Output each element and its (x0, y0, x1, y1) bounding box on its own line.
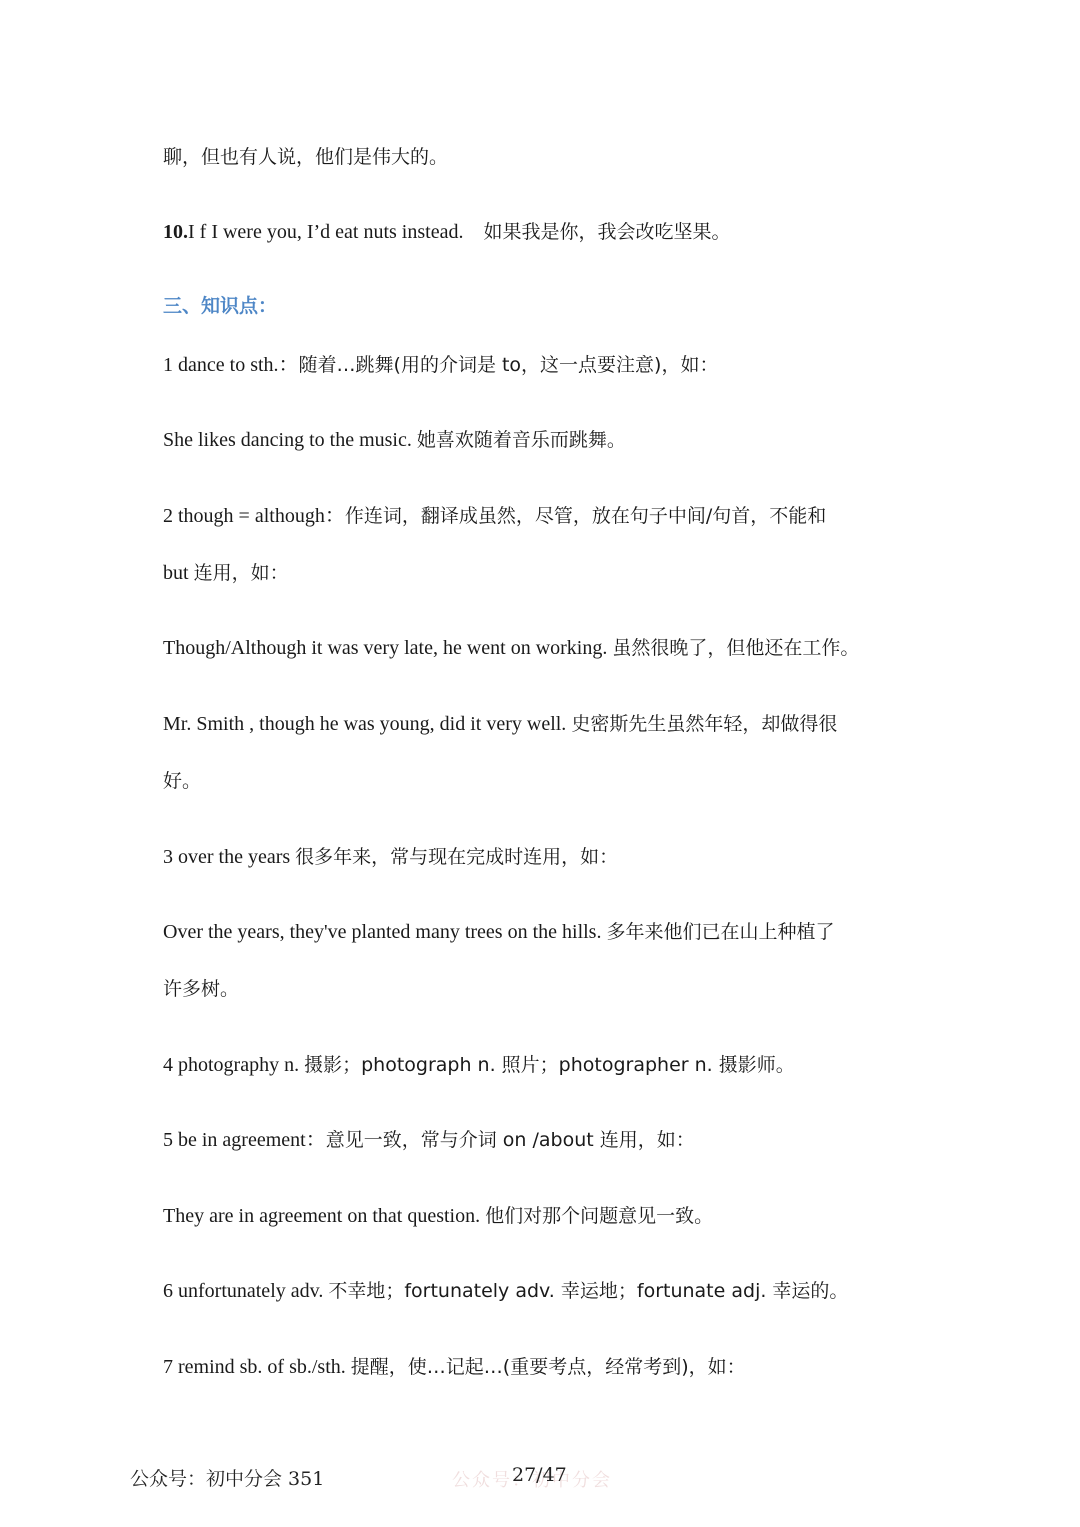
footer-account: 公众号：初中分会 351 (130, 1464, 324, 1491)
point-7: 7 remind sb. of sb./sth. 提醒，使…记起…(重要考点，经… (163, 1357, 746, 1377)
en-text: I f I were you, I’d eat nuts instead. (188, 221, 463, 243)
cn-text: 他们对那个问题意见一致。 (485, 1205, 713, 1227)
cn-text: 连用，如： (194, 562, 289, 584)
cn-text: 虽然很晚了，但他还在工作。 (612, 637, 859, 659)
example-line-cont: 许多树。 (163, 979, 239, 999)
text-line: 聊，但也有人说，他们是伟大的。 (163, 147, 448, 167)
cn-text: 提醒，使…记起…(重要考点，经常考到)，如： (351, 1356, 746, 1378)
en-text: 3 over the years (163, 846, 295, 868)
cn-text: 摄影；photograph n. 照片；photographer n. 摄影师。 (304, 1054, 795, 1076)
en-text: They are in agreement on that question. (163, 1205, 485, 1227)
item-number: 10. (163, 221, 188, 243)
en-text: 6 unfortunately adv. (163, 1280, 328, 1302)
point-5: 5 be in agreement：意见一致，常与介词 on /about 连用… (163, 1130, 695, 1150)
example-line: They are in agreement on that question. … (163, 1206, 713, 1226)
cn-text: 意见一致，常与介词 on /about 连用，如： (326, 1129, 695, 1151)
point-2-cont: but 连用，如： (163, 563, 289, 583)
cn-text: 作连词，翻译成虽然，尽管，放在句子中间/句首，不能和 (345, 505, 826, 527)
cn-text: 聊，但也有人说，他们是伟大的。 (163, 146, 448, 168)
page-number: 27/47 (512, 1464, 567, 1486)
en-text: 4 photography n. (163, 1054, 304, 1076)
cn-text: 很多年来，常与现在完成时连用，如： (295, 846, 618, 868)
cn-text: 不幸地；fortunately adv. 幸运地；fortunate adj. … (328, 1280, 848, 1302)
en-text: Over the years, they've planted many tre… (163, 921, 606, 943)
point-1: 1 dance to sth.：随着…跳舞(用的介词是 to，这一点要注意)，如… (163, 355, 718, 375)
cn-text: 多年来他们已在山上种植了 (606, 921, 834, 943)
en-text: Mr. Smith , though he was young, did it … (163, 713, 571, 735)
en-text: She likes dancing to the music. (163, 429, 417, 451)
example-line: Over the years, they've planted many tre… (163, 922, 834, 942)
sentence-10: 10.I f I were you, I’d eat nuts instead.… (163, 222, 730, 242)
cn-text: 如果我是你，我会改吃坚果。 (483, 221, 730, 243)
point-2: 2 though = although：作连词，翻译成虽然，尽管，放在句子中间/… (163, 506, 826, 526)
en-text: 5 be in agreement： (163, 1129, 326, 1151)
example-line: Though/Although it was very late, he wen… (163, 638, 859, 658)
point-3: 3 over the years 很多年来，常与现在完成时连用，如： (163, 847, 618, 867)
point-6: 6 unfortunately adv. 不幸地；fortunately adv… (163, 1281, 848, 1301)
en-text: 7 remind sb. of sb./sth. (163, 1356, 351, 1378)
example-line: She likes dancing to the music. 她喜欢随着音乐而… (163, 430, 626, 450)
en-text: but (163, 562, 194, 584)
cn-text: 随着…跳舞(用的介词是 to，这一点要注意)，如： (299, 354, 719, 376)
cn-text: 许多树。 (163, 978, 239, 1000)
cn-text: 好。 (163, 770, 201, 792)
cn-text: 史密斯先生虽然年轻，却做得很 (571, 713, 837, 735)
section-heading: 三、知识点： (163, 297, 277, 316)
en-text: 2 though = although： (163, 505, 345, 527)
en-text: 1 dance to sth.： (163, 354, 299, 376)
point-4: 4 photography n. 摄影；photograph n. 照片；pho… (163, 1055, 795, 1075)
cn-text: 她喜欢随着音乐而跳舞。 (417, 429, 626, 451)
en-text: Though/Although it was very late, he wen… (163, 637, 612, 659)
example-line-cont: 好。 (163, 771, 201, 791)
example-line: Mr. Smith , though he was young, did it … (163, 714, 837, 734)
